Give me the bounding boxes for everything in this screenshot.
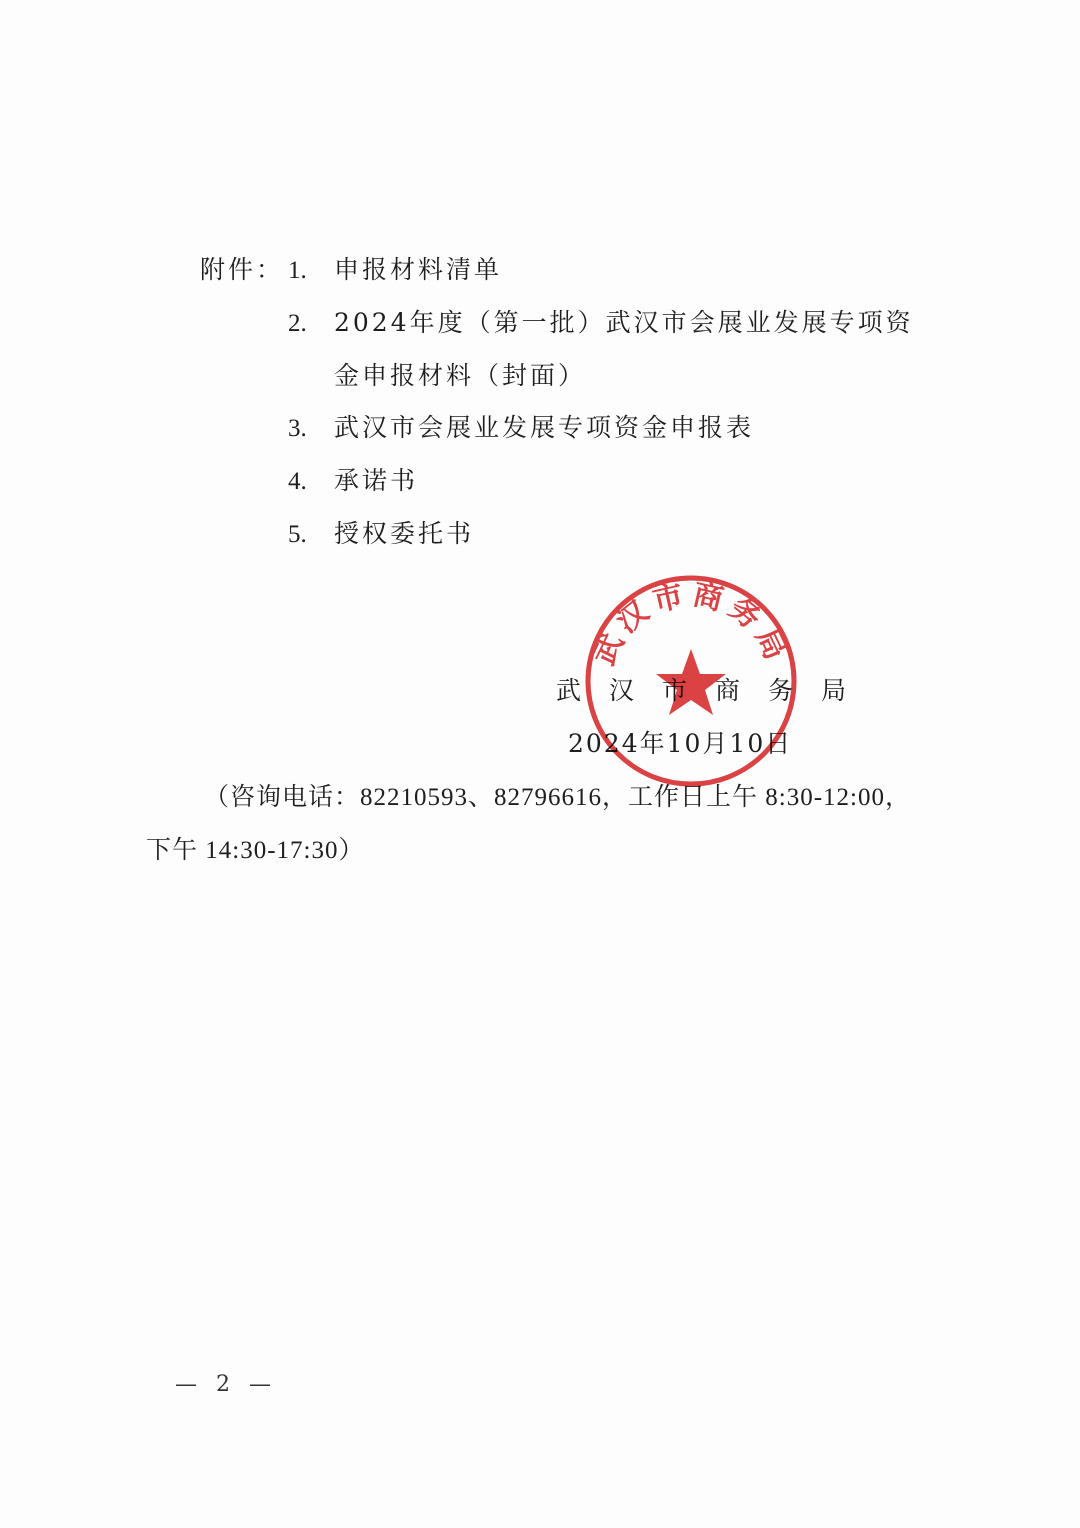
signature-date: 2024年10月10日 [568, 729, 792, 759]
attachment-title: 武汉市会展业发展专项资金申报表 [334, 413, 754, 442]
contact-info-line-1: （咨询电话：82210593、82796616，工作日上午 8:30-12:00… [204, 783, 911, 813]
attachment-title: 2024年度（第一批）武汉市会展业发展专项资 [334, 308, 914, 337]
attachment-number: 1. [288, 256, 334, 286]
attachment-number: 5. [288, 520, 334, 550]
attachment-number: 3. [288, 414, 334, 444]
attachment-title: 承诺书 [334, 466, 418, 495]
attachment-item-2: 2.2024年度（第一批）武汉市会展业发展专项资 [288, 308, 914, 339]
attachment-item-4: 4.承诺书 [288, 466, 418, 497]
attachment-title-continuation: 金申报材料（封面） [334, 361, 586, 390]
attachment-number: 4. [288, 467, 334, 497]
attachment-title: 授权委托书 [334, 519, 474, 548]
seal-text: 武汉市商务局 [587, 577, 796, 671]
page-number: — 2 — [175, 1372, 277, 1398]
contact-info-line-2: 下午 14:30-17:30） [146, 836, 364, 866]
attachment-number: 2. [288, 309, 334, 339]
svg-text:武汉市商务局: 武汉市商务局 [587, 577, 796, 671]
document-page: 附件：1.申报材料清单 2.2024年度（第一批）武汉市会展业发展专项资 金申报… [0, 0, 1080, 1528]
attachment-item-3: 3.武汉市会展业发展专项资金申报表 [288, 413, 754, 444]
attachment-item-2-continuation: 金申报材料（封面） [334, 361, 586, 391]
attachment-item-5: 5.授权委托书 [288, 519, 474, 550]
attachments-label: 附件： [200, 255, 288, 285]
attachment-title: 申报材料清单 [334, 255, 502, 284]
attachment-item-1: 附件：1.申报材料清单 [200, 255, 502, 286]
signature-organization: 武汉市商务局 [556, 676, 874, 706]
